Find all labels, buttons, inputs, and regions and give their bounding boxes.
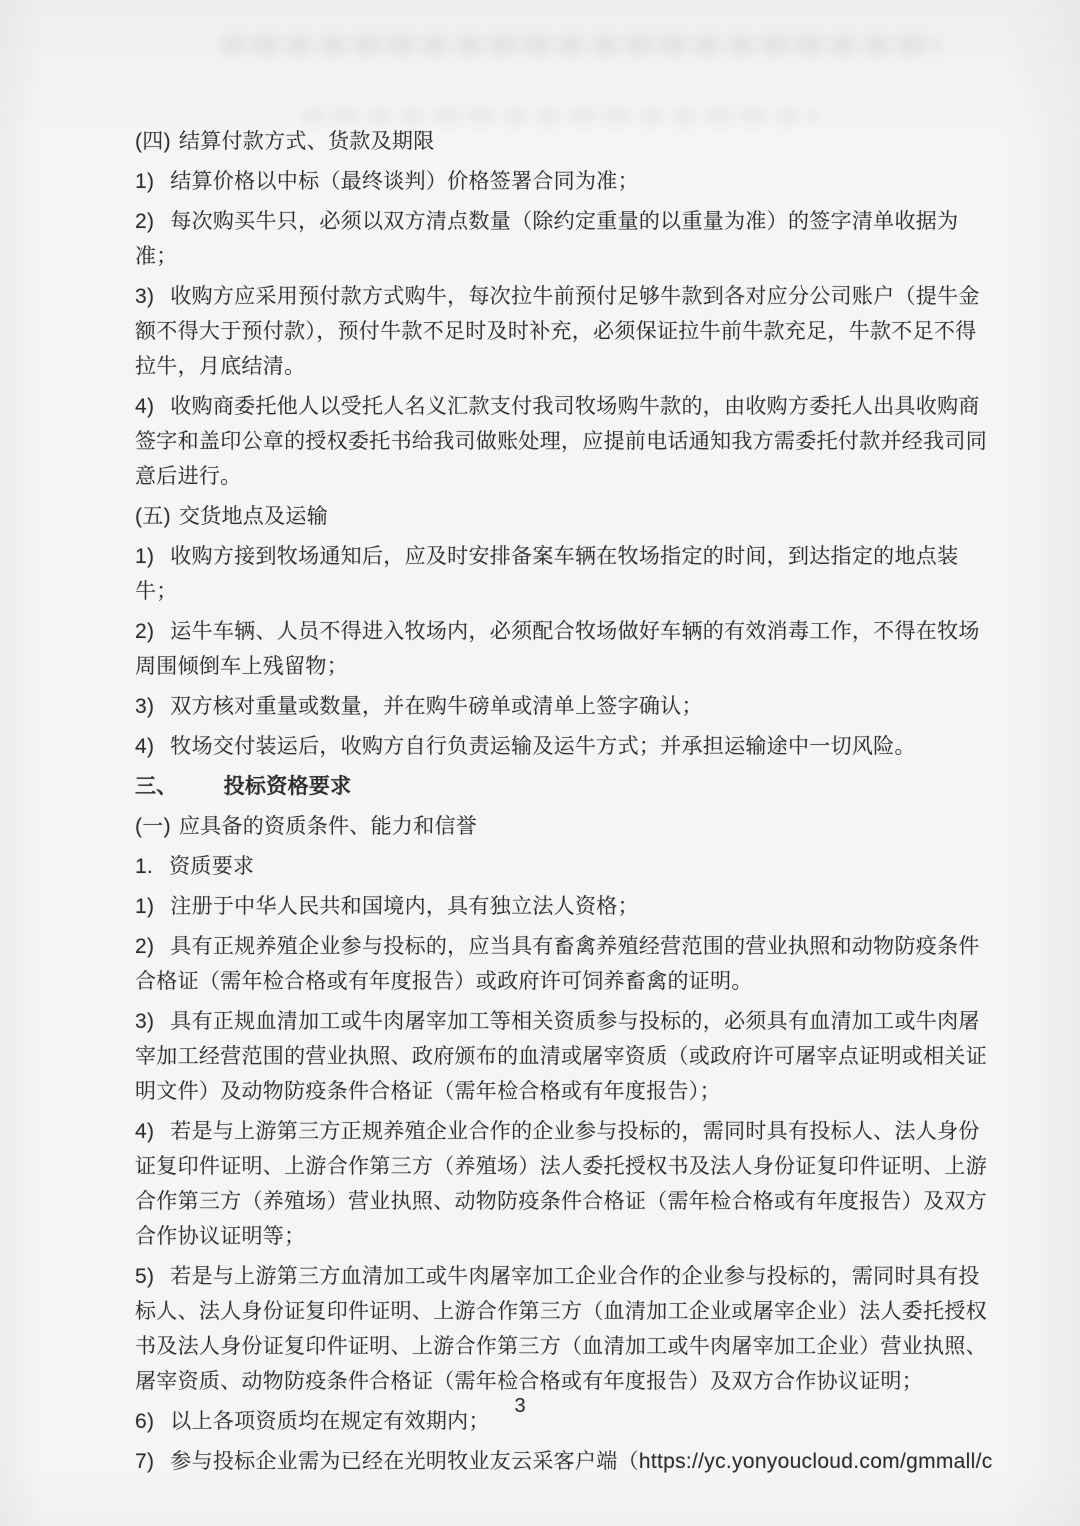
paragraph-marker: 3) [135,285,154,308]
paragraph: 1.资质要求 [135,849,987,884]
paragraph-text: 每次购买牛只，必须以双方清点数量（除约定重量的以重量为准）的签字清单收据为准； [135,210,958,268]
paragraph-marker: 三、 [135,775,178,798]
paragraph-text: 资质要求 [169,855,254,878]
paragraph-marker: 4) [135,735,154,758]
paragraph-marker: 1) [135,545,154,568]
paragraph-text: 若是与上游第三方血清加工或牛肉屠宰加工企业合作的企业参与投标的，需同时具有投标人… [135,1265,987,1393]
paragraph: 7)参与投标企业需为已经在光明牧业友云采客户端（https://yc.yonyo… [135,1444,987,1479]
paragraph-marker: (五) [135,505,171,528]
document-body: (四)结算付款方式、货款及期限 1)结算价格以中标（最终谈判）价格签署合同为准；… [135,124,987,1484]
paragraph-text: 收购商委托他人以受托人名义汇款支付我司牧场购牛款的，由收购方委托人出具收购商签字… [135,395,987,488]
paragraph-text: 牧场交付装运后，收购方自行负责运输及运牛方式；并承担运输途中一切风险。 [170,735,916,758]
paragraph-text: 应具备的资质条件、能力和信誉 [179,815,477,838]
paragraph-marker: (一) [135,815,171,838]
paragraph-marker: 2) [135,210,154,233]
paragraph-marker: 7) [135,1450,154,1473]
paragraph: 2)每次购买牛只，必须以双方清点数量（除约定重量的以重量为准）的签字清单收据为准… [135,204,987,274]
paragraph: 三、投标资格要求 [135,769,987,804]
paragraph-marker: 3) [135,1010,154,1033]
paragraph: 4)收购商委托他人以受托人名义汇款支付我司牧场购牛款的，由收购方委托人出具收购商… [135,389,987,494]
paragraph-text: 若是与上游第三方正规养殖企业合作的企业参与投标的，需同时具有投标人、法人身份证复… [135,1120,987,1248]
paragraph-text: 结算付款方式、货款及期限 [179,130,435,153]
paragraph: (四)结算付款方式、货款及期限 [135,124,987,159]
paragraph: 3)双方核对重量或数量，并在购牛磅单或清单上签字确认； [135,689,987,724]
paragraph-marker: 1) [135,895,154,918]
paragraph-marker: 1) [135,170,154,193]
paragraph: 5)若是与上游第三方血清加工或牛肉屠宰加工企业合作的企业参与投标的，需同时具有投… [135,1259,987,1399]
paragraph: 4)牧场交付装运后，收购方自行负责运输及运牛方式；并承担运输途中一切风险。 [135,729,987,764]
paragraph-text: 投标资格要求 [224,775,352,798]
paragraph: 1)收购方接到牧场通知后，应及时安排备案车辆在牧场指定的时间，到达指定的地点装牛… [135,539,987,609]
paragraph-marker: 2) [135,620,154,643]
paragraph-text: 注册于中华人民共和国境内，具有独立法人资格； [170,895,639,918]
paragraph-marker: 3) [135,695,154,718]
paragraph: 2)运牛车辆、人员不得进入牧场内，必须配合牧场做好车辆的有效消毒工作，不得在牧场… [135,614,987,684]
paragraph-text: 结算价格以中标（最终谈判）价格签署合同为准； [170,170,639,193]
paragraph-marker: (四) [135,130,171,153]
paragraph-marker: 2) [135,935,154,958]
paragraph-marker: 4) [135,395,154,418]
paragraph-text: 具有正规血清加工或牛肉屠宰加工等相关资质参与投标的，必须具有血清加工或牛肉屠宰加… [135,1010,987,1103]
paragraph: (一)应具备的资质条件、能力和信誉 [135,809,987,844]
paragraph-text: 具有正规养殖企业参与投标的，应当具有畜禽养殖经营范围的营业执照和动物防疫条件合格… [135,935,980,993]
paragraph-text: 收购方接到牧场通知后，应及时安排备案车辆在牧场指定的时间，到达指定的地点装牛； [135,545,958,603]
paragraph-marker: 1. [135,855,153,878]
paragraph: 1)注册于中华人民共和国境内，具有独立法人资格； [135,889,987,924]
paragraph: (五)交货地点及运输 [135,499,987,534]
paragraph: 3)收购方应采用预付款方式购牛，每次拉牛前预付足够牛款到各对应分公司账户（提牛金… [135,279,987,384]
paragraph-text: 收购方应采用预付款方式购牛，每次拉牛前预付足够牛款到各对应分公司账户（提牛金额不… [135,285,980,378]
scan-bleedthrough-artifact [220,36,940,54]
paragraph-text: 交货地点及运输 [179,505,328,528]
paragraph-marker: 4) [135,1120,154,1143]
paragraph-text: 参与投标企业需为已经在光明牧业友云采客户端（https://yc.yonyouc… [170,1450,992,1473]
paragraph-text: 双方核对重量或数量，并在购牛磅单或清单上签字确认； [170,695,703,718]
paragraph: 1)结算价格以中标（最终谈判）价格签署合同为准； [135,164,987,199]
paragraph: 2)具有正规养殖企业参与投标的，应当具有畜禽养殖经营范围的营业执照和动物防疫条件… [135,929,987,999]
paragraph: 3)具有正规血清加工或牛肉屠宰加工等相关资质参与投标的，必须具有血清加工或牛肉屠… [135,1004,987,1109]
page-number: 3 [0,1392,1040,1420]
paragraph: 4)若是与上游第三方正规养殖企业合作的企业参与投标的，需同时具有投标人、法人身份… [135,1114,987,1254]
document-page: (四)结算付款方式、货款及期限 1)结算价格以中标（最终谈判）价格签署合同为准；… [0,0,1080,1526]
paragraph-text: 运牛车辆、人员不得进入牧场内，必须配合牧场做好车辆的有效消毒工作，不得在牧场周围… [135,620,980,678]
paragraph-marker: 5) [135,1265,154,1288]
